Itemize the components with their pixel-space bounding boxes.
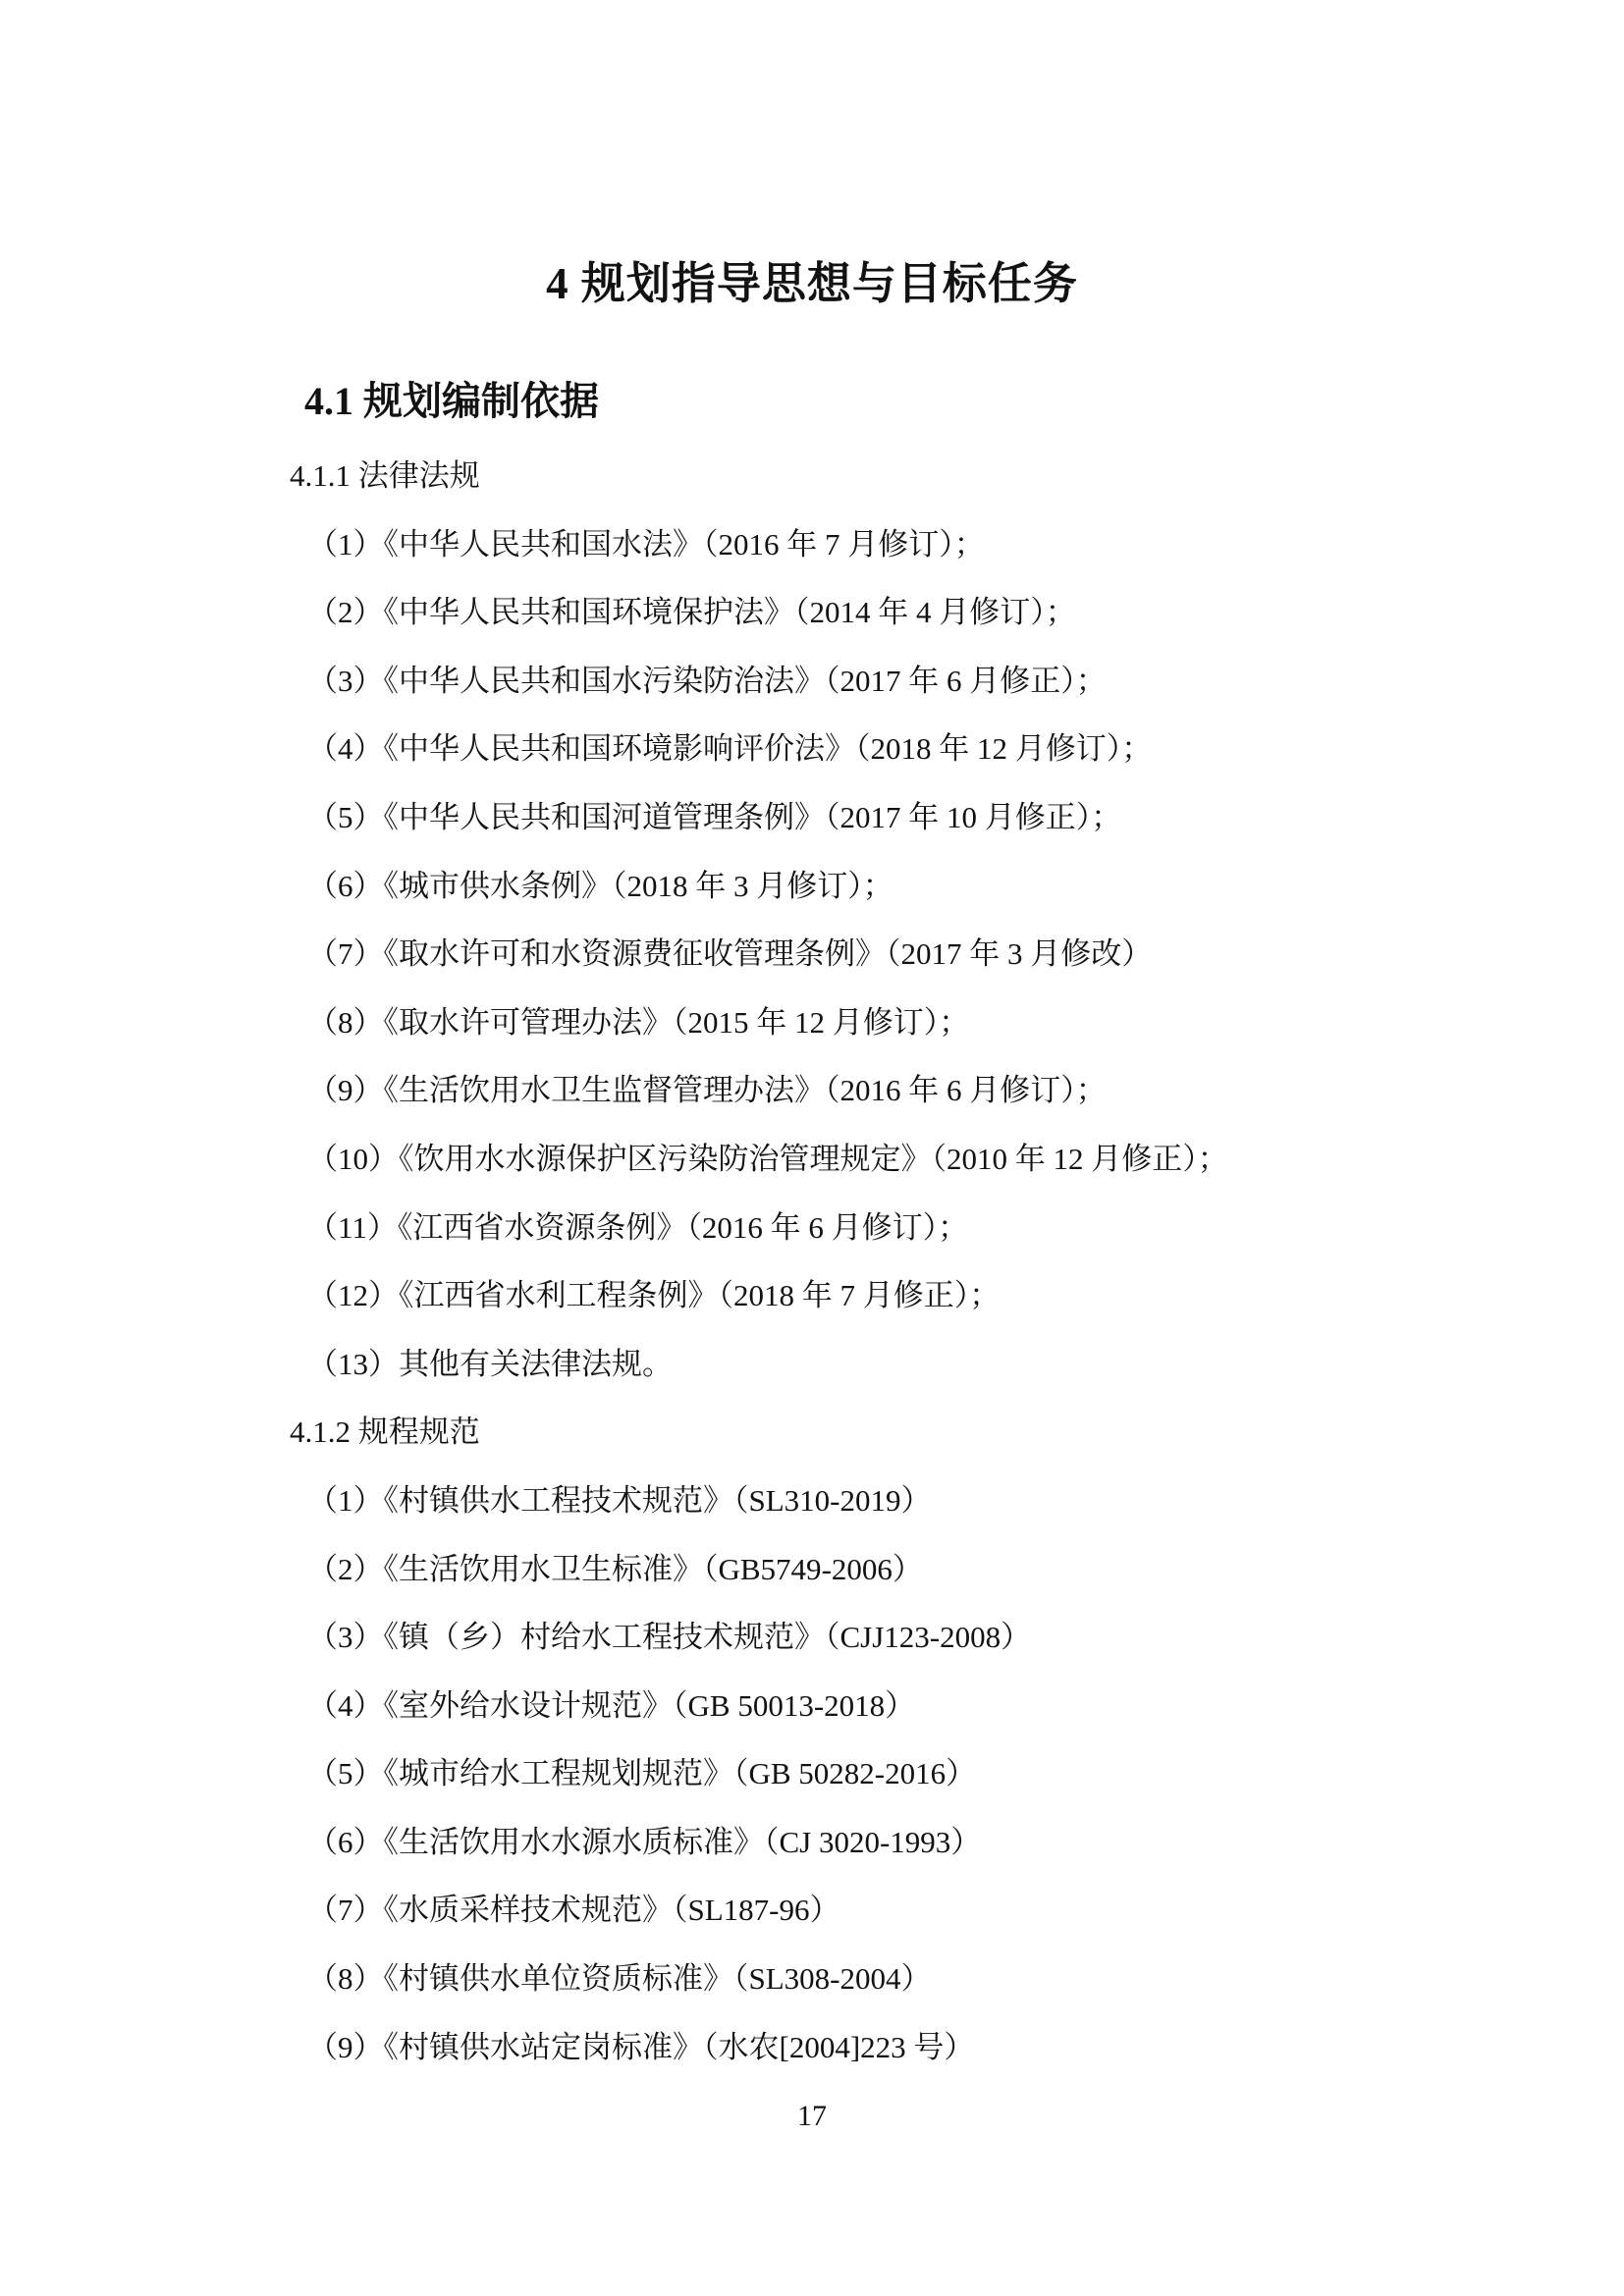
list-item: （2）《生活饮用水卫生标准》（GB5749-2006） — [0, 1535, 1624, 1604]
section-heading: 4.1 规划编制依据 — [304, 379, 599, 424]
list-item: （6）《城市供水条例》（2018 年 3 月修订）； — [0, 852, 1624, 921]
list-item: （9）《生活饮用水卫生监督管理办法》（2016 年 6 月修订）； — [0, 1056, 1624, 1125]
list-item: （12）《江西省水利工程条例》（2018 年 7 月修正）； — [0, 1261, 1624, 1330]
list-item: （5）《城市给水工程规划规范》（GB 50282-2016） — [0, 1739, 1624, 1808]
list-item: （8）《村镇供水单位资质标准》（SL308-2004） — [0, 1945, 1624, 2013]
document-page: 4 规划指导思想与目标任务 4.1 规划编制依据 4.1.1 法律法规 （1）《… — [0, 0, 1624, 2296]
list-item: （3）《镇（乡）村给水工程技术规范》（CJJ123-2008） — [0, 1603, 1624, 1672]
list-item: （9）《村镇供水站定岗标准》（水农[2004]223 号） — [0, 2013, 1624, 2082]
list-item: （7）《取水许可和水资源费征收管理条例》（2017 年 3 月修改） — [0, 920, 1624, 988]
subsection-heading-standards: 4.1.2 规程规范 — [0, 1398, 1624, 1467]
subsection-heading-laws: 4.1.1 法律法规 — [0, 442, 1624, 510]
document-body: 4.1.1 法律法规 （1）《中华人民共和国水法》（2016 年 7 月修订）；… — [0, 442, 1624, 2081]
list-item: （3）《中华人民共和国水污染防治法》（2017 年 6 月修正）； — [0, 647, 1624, 716]
list-item: （5）《中华人民共和国河道管理条例》（2017 年 10 月修正）； — [0, 783, 1624, 852]
list-item: （10）《饮用水水源保护区污染防治管理规定》（2010 年 12 月修正）； — [0, 1125, 1624, 1194]
list-item: （4）《室外给水设计规范》（GB 50013-2018） — [0, 1672, 1624, 1740]
page-number: 17 — [0, 2099, 1624, 2134]
list-item: （7）《水质采样技术规范》（SL187-96） — [0, 1876, 1624, 1945]
list-item: （2）《中华人民共和国环境保护法》（2014 年 4 月修订）； — [0, 578, 1624, 647]
list-item: （11）《江西省水资源条例》（2016 年 6 月修订）； — [0, 1194, 1624, 1262]
list-item: （1）《中华人民共和国水法》（2016 年 7 月修订）； — [0, 510, 1624, 579]
list-item: （6）《生活饮用水水源水质标准》（CJ 3020-1993） — [0, 1808, 1624, 1877]
list-item: （13）其他有关法律法规。 — [0, 1330, 1624, 1399]
list-item: （4）《中华人民共和国环境影响评价法》（2018 年 12 月修订）； — [0, 715, 1624, 783]
list-item: （1）《村镇供水工程技术规范》（SL310-2019） — [0, 1467, 1624, 1535]
chapter-title: 4 规划指导思想与目标任务 — [0, 259, 1624, 310]
list-item: （8）《取水许可管理办法》（2015 年 12 月修订）； — [0, 988, 1624, 1057]
